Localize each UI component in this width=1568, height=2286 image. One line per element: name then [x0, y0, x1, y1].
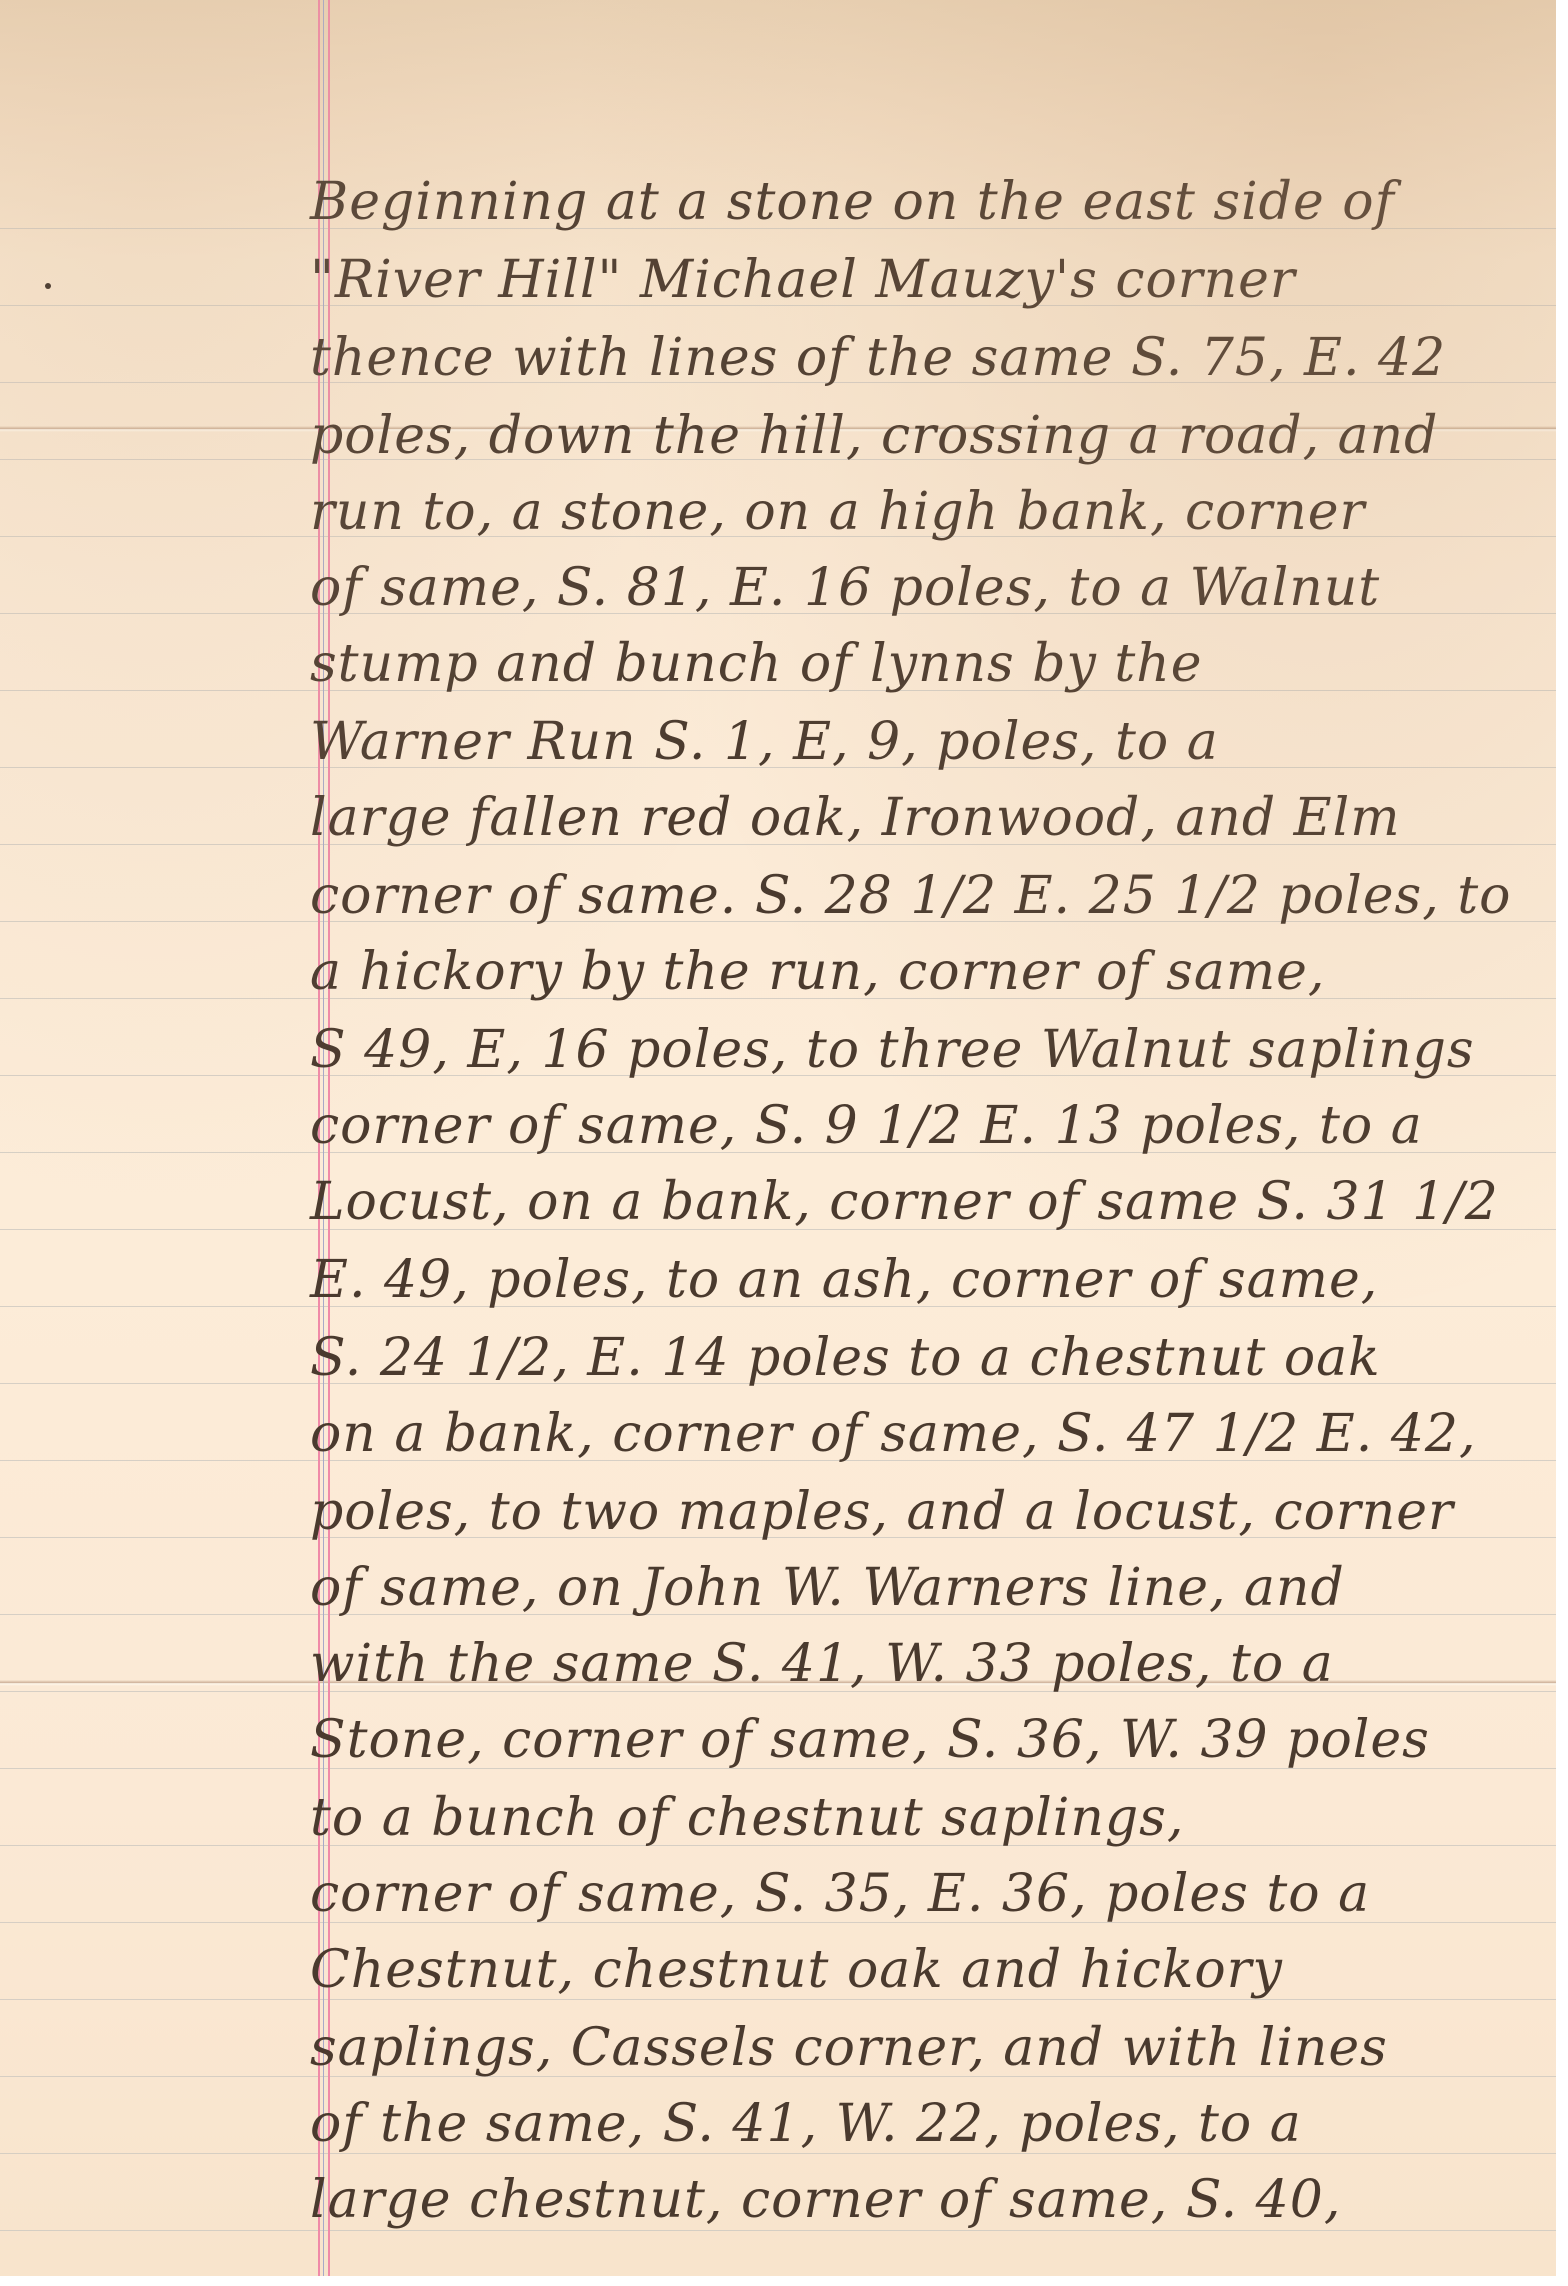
text-line: corner of same. S. 28 1/2 E. 25 1/2 pole… — [310, 866, 1511, 926]
text-line: poles, down the hill, crossing a road, a… — [310, 406, 1438, 466]
ink-dot — [45, 283, 51, 289]
text-line: "River Hill" Michael Mauzy's corner — [310, 250, 1296, 310]
text-line: of same, S. 81, E. 16 poles, to a Walnut — [310, 558, 1380, 618]
text-line: S. 24 1/2, E. 14 poles to a chestnut oak — [310, 1328, 1381, 1388]
text-line: a hickory by the run, corner of same, — [310, 942, 1325, 1002]
text-line: saplings, Cassels corner, and with lines — [310, 2018, 1388, 2078]
text-line: large chestnut, corner of same, S. 40, — [310, 2170, 1341, 2230]
text-line: thence with lines of the same S. 75, E. … — [310, 328, 1446, 388]
text-line: Locust, on a bank, corner of same S. 31 … — [310, 1172, 1499, 1232]
text-line: corner of same, S. 9 1/2 E. 13 poles, to… — [310, 1096, 1423, 1156]
text-line: Beginning at a stone on the east side of — [310, 172, 1395, 232]
text-line: stump and bunch of lynns by the — [310, 634, 1203, 694]
text-line: on a bank, corner of same, S. 47 1/2 E. … — [310, 1404, 1477, 1464]
ruled-line — [0, 2230, 1556, 2231]
text-line: S 49, E, 16 poles, to three Walnut sapli… — [310, 1020, 1475, 1080]
text-line: run to, a stone, on a high bank, corner — [310, 482, 1365, 542]
text-line: large fallen red oak, Ironwood, and Elm — [310, 788, 1401, 848]
text-line: poles, to two maples, and a locust, corn… — [310, 1482, 1454, 1542]
text-line: Stone, corner of same, S. 36, W. 39 pole… — [310, 1710, 1430, 1770]
text-line: corner of same, S. 35, E. 36, poles to a — [310, 1864, 1370, 1924]
text-line: Warner Run S. 1, E, 9, poles, to a — [310, 712, 1219, 772]
ruled-paper-page: Beginning at a stone on the east side of… — [0, 0, 1556, 2276]
text-line: E. 49, poles, to an ash, corner of same, — [310, 1250, 1378, 1310]
text-line: to a bunch of chestnut saplings, — [310, 1788, 1184, 1848]
text-line: Chestnut, chestnut oak and hickory — [310, 1940, 1283, 2000]
text-line: with the same S. 41, W. 33 poles, to a — [310, 1634, 1334, 1694]
text-line: of same, on John W. Warners line, and — [310, 1558, 1345, 1618]
text-line: of the same, S. 41, W. 22, poles, to a — [310, 2094, 1302, 2154]
